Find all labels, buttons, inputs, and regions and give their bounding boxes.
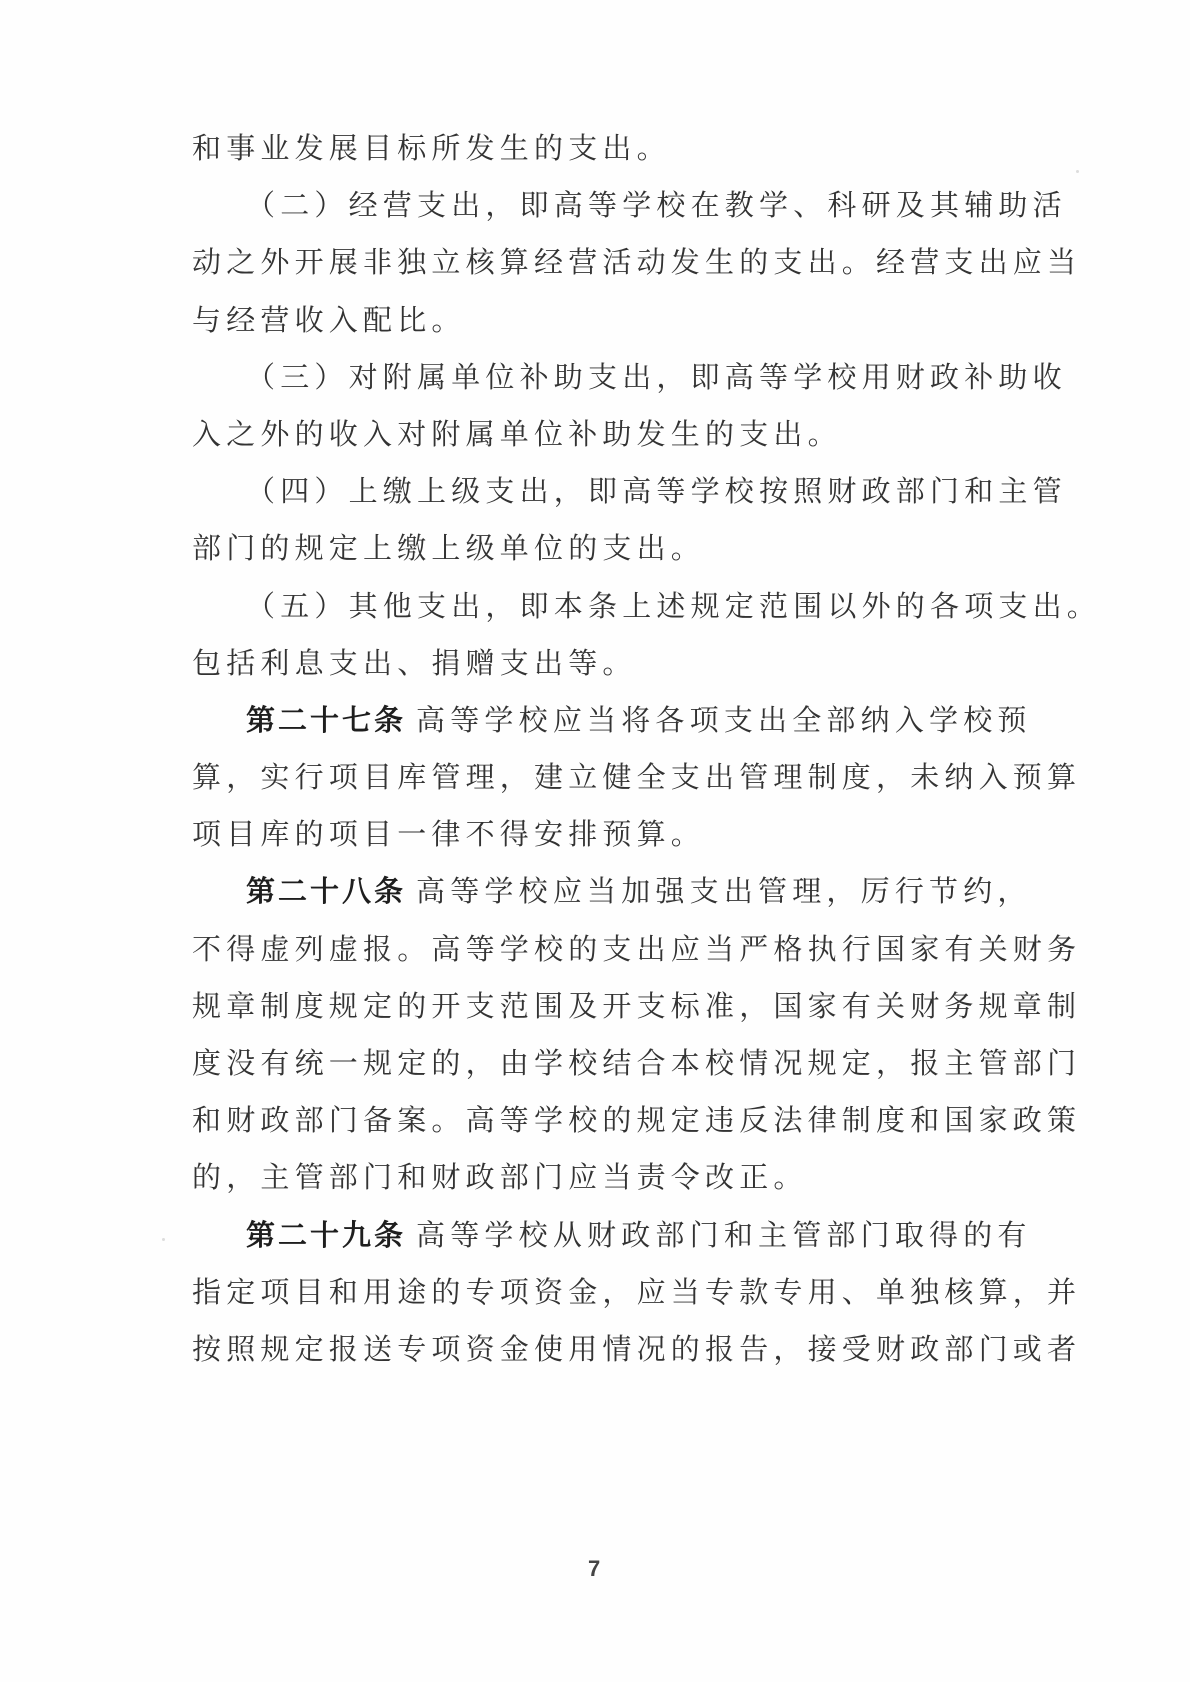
document-page: 和事业发展目标所发生的支出。 （二）经营支出，即高等学校在教学、科研及其辅助活 … <box>0 0 1190 1682</box>
line-text: 算，实行项目库管理，建立健全支出管理制度，未纳入预算 <box>192 760 1081 794</box>
text-line-7: （四）上缴上级支出，即高等学校按照财政部门和主管 <box>192 467 964 524</box>
line-text: 入之外的收入对附属单位补助发生的支出。 <box>192 417 842 451</box>
line-text: 高等学校应当加强支出管理，厉行节约， <box>416 874 1032 908</box>
line-text: （三）对附属单位补助支出，即高等学校用财政补助收 <box>246 360 1067 394</box>
text-line-12: 算，实行项目库管理，建立健全支出管理制度，未纳入预算 <box>192 753 964 810</box>
line-text: 规章制度规定的开支范围及开支标准，国家有关财务规章制 <box>192 989 1081 1023</box>
text-line-21: 指定项目和用途的专项资金，应当专款专用、单独核算，并 <box>192 1268 964 1325</box>
line-text: 的，主管部门和财政部门应当责令改正。 <box>192 1160 808 1194</box>
article-label: 第二十七条 <box>246 703 406 737</box>
text-line-19: 的，主管部门和财政部门应当责令改正。 <box>192 1153 964 1210</box>
article-label: 第二十八条 <box>246 874 406 908</box>
text-line-5: （三）对附属单位补助支出，即高等学校用财政补助收 <box>192 353 964 410</box>
article-27-heading-line: 第二十七条高等学校应当将各项支出全部纳入学校预 <box>192 696 964 753</box>
line-text: 部门的规定上缴上级单位的支出。 <box>192 531 705 565</box>
scan-speck <box>162 1238 165 1241</box>
article-label: 第二十九条 <box>246 1218 406 1252</box>
text-line-18: 和财政部门备案。高等学校的规定违反法律制度和国家政策 <box>192 1096 964 1153</box>
line-text: 高等学校应当将各项支出全部纳入学校预 <box>416 703 1032 737</box>
line-text: 项目库的项目一律不得安排预算。 <box>192 817 705 851</box>
article-28-heading-line: 第二十八条高等学校应当加强支出管理，厉行节约， <box>192 867 964 924</box>
text-line-9: （五）其他支出，即本条上述规定范围以外的各项支出。 <box>192 582 964 639</box>
text-line-6: 入之外的收入对附属单位补助发生的支出。 <box>192 410 964 467</box>
line-text: 包括利息支出、捐赠支出等。 <box>192 646 637 680</box>
text-line-13: 项目库的项目一律不得安排预算。 <box>192 810 964 867</box>
line-text: 动之外开展非独立核算经营活动发生的支出。经营支出应当 <box>192 245 1081 279</box>
line-text: （五）其他支出，即本条上述规定范围以外的各项支出。 <box>246 589 1101 623</box>
line-text: 与经营收入配比。 <box>192 303 466 337</box>
page-number: 7 <box>588 1556 600 1582</box>
line-text: 按照规定报送专项资金使用情况的报告，接受财政部门或者 <box>192 1332 1081 1366</box>
text-line-16: 规章制度规定的开支范围及开支标准，国家有关财务规章制 <box>192 982 964 1039</box>
scan-speck <box>1076 170 1079 173</box>
text-line-10: 包括利息支出、捐赠支出等。 <box>192 639 964 696</box>
text-line-2: （二）经营支出，即高等学校在教学、科研及其辅助活 <box>192 181 964 238</box>
text-line-15: 不得虚列虚报。高等学校的支出应当严格执行国家有关财务 <box>192 925 964 982</box>
text-line-22: 按照规定报送专项资金使用情况的报告，接受财政部门或者 <box>192 1325 964 1382</box>
text-line-4: 与经营收入配比。 <box>192 296 964 353</box>
line-text: （二）经营支出，即高等学校在教学、科研及其辅助活 <box>246 188 1067 222</box>
line-text: （四）上缴上级支出，即高等学校按照财政部门和主管 <box>246 474 1067 508</box>
text-line-1: 和事业发展目标所发生的支出。 <box>192 124 964 181</box>
line-text: 指定项目和用途的专项资金，应当专款专用、单独核算，并 <box>192 1275 1081 1309</box>
line-text: 不得虚列虚报。高等学校的支出应当严格执行国家有关财务 <box>192 932 1081 966</box>
line-text: 和财政部门备案。高等学校的规定违反法律制度和国家政策 <box>192 1103 1081 1137</box>
line-text: 高等学校从财政部门和主管部门取得的有 <box>416 1218 1032 1252</box>
line-text: 和事业发展目标所发生的支出。 <box>192 131 671 165</box>
text-line-8: 部门的规定上缴上级单位的支出。 <box>192 524 964 581</box>
text-line-3: 动之外开展非独立核算经营活动发生的支出。经营支出应当 <box>192 238 964 295</box>
body-text: 和事业发展目标所发生的支出。 （二）经营支出，即高等学校在教学、科研及其辅助活 … <box>192 124 964 1382</box>
text-line-17: 度没有统一规定的，由学校结合本校情况规定，报主管部门 <box>192 1039 964 1096</box>
article-29-heading-line: 第二十九条高等学校从财政部门和主管部门取得的有 <box>192 1211 964 1268</box>
line-text: 度没有统一规定的，由学校结合本校情况规定，报主管部门 <box>192 1046 1081 1080</box>
